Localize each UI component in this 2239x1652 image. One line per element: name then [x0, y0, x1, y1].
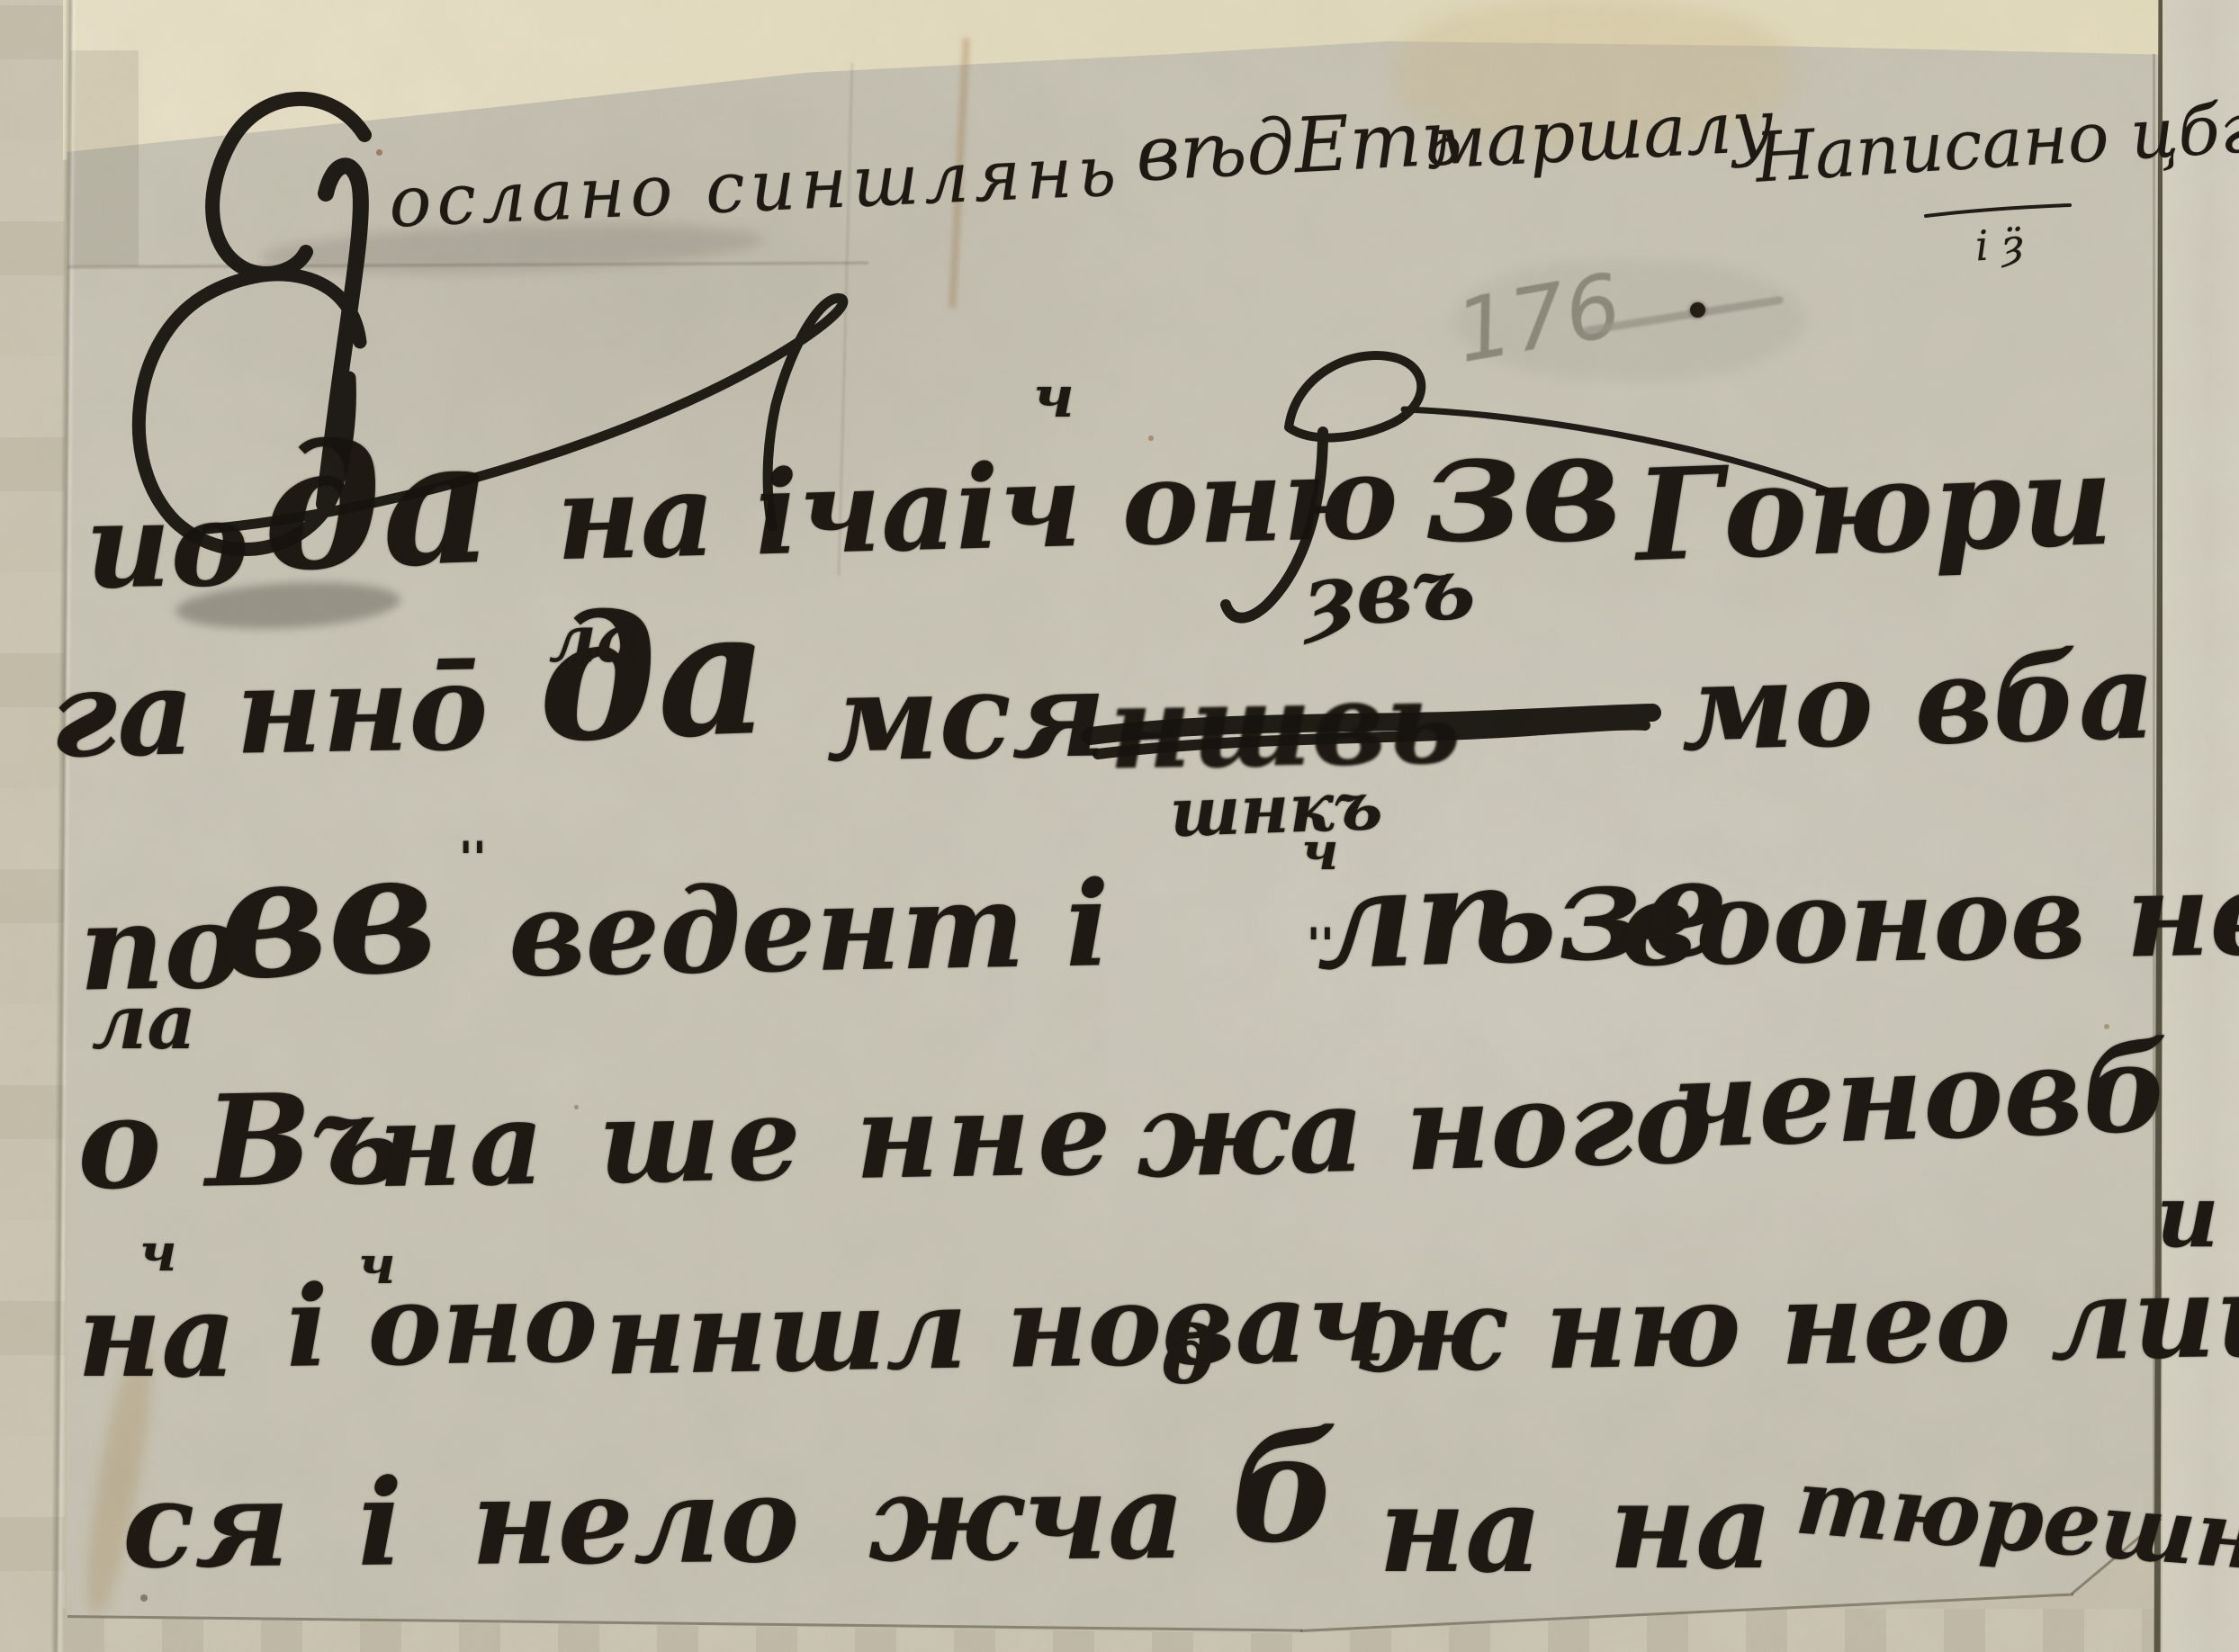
line1-flourish-descender — [1226, 432, 1323, 618]
docket-initial-flourish — [212, 99, 364, 274]
manuscript-scan: ослано синшлянь вѣдЕть маршалу Написано … — [0, 0, 2239, 1652]
docket-date-underline — [1926, 205, 2070, 216]
initial-tail-flourish — [207, 298, 843, 529]
line1-flourish-tail — [1404, 409, 1827, 490]
ink-flourishes-layer — [0, 0, 2239, 1652]
line1-oval-flourish — [1289, 355, 1421, 437]
